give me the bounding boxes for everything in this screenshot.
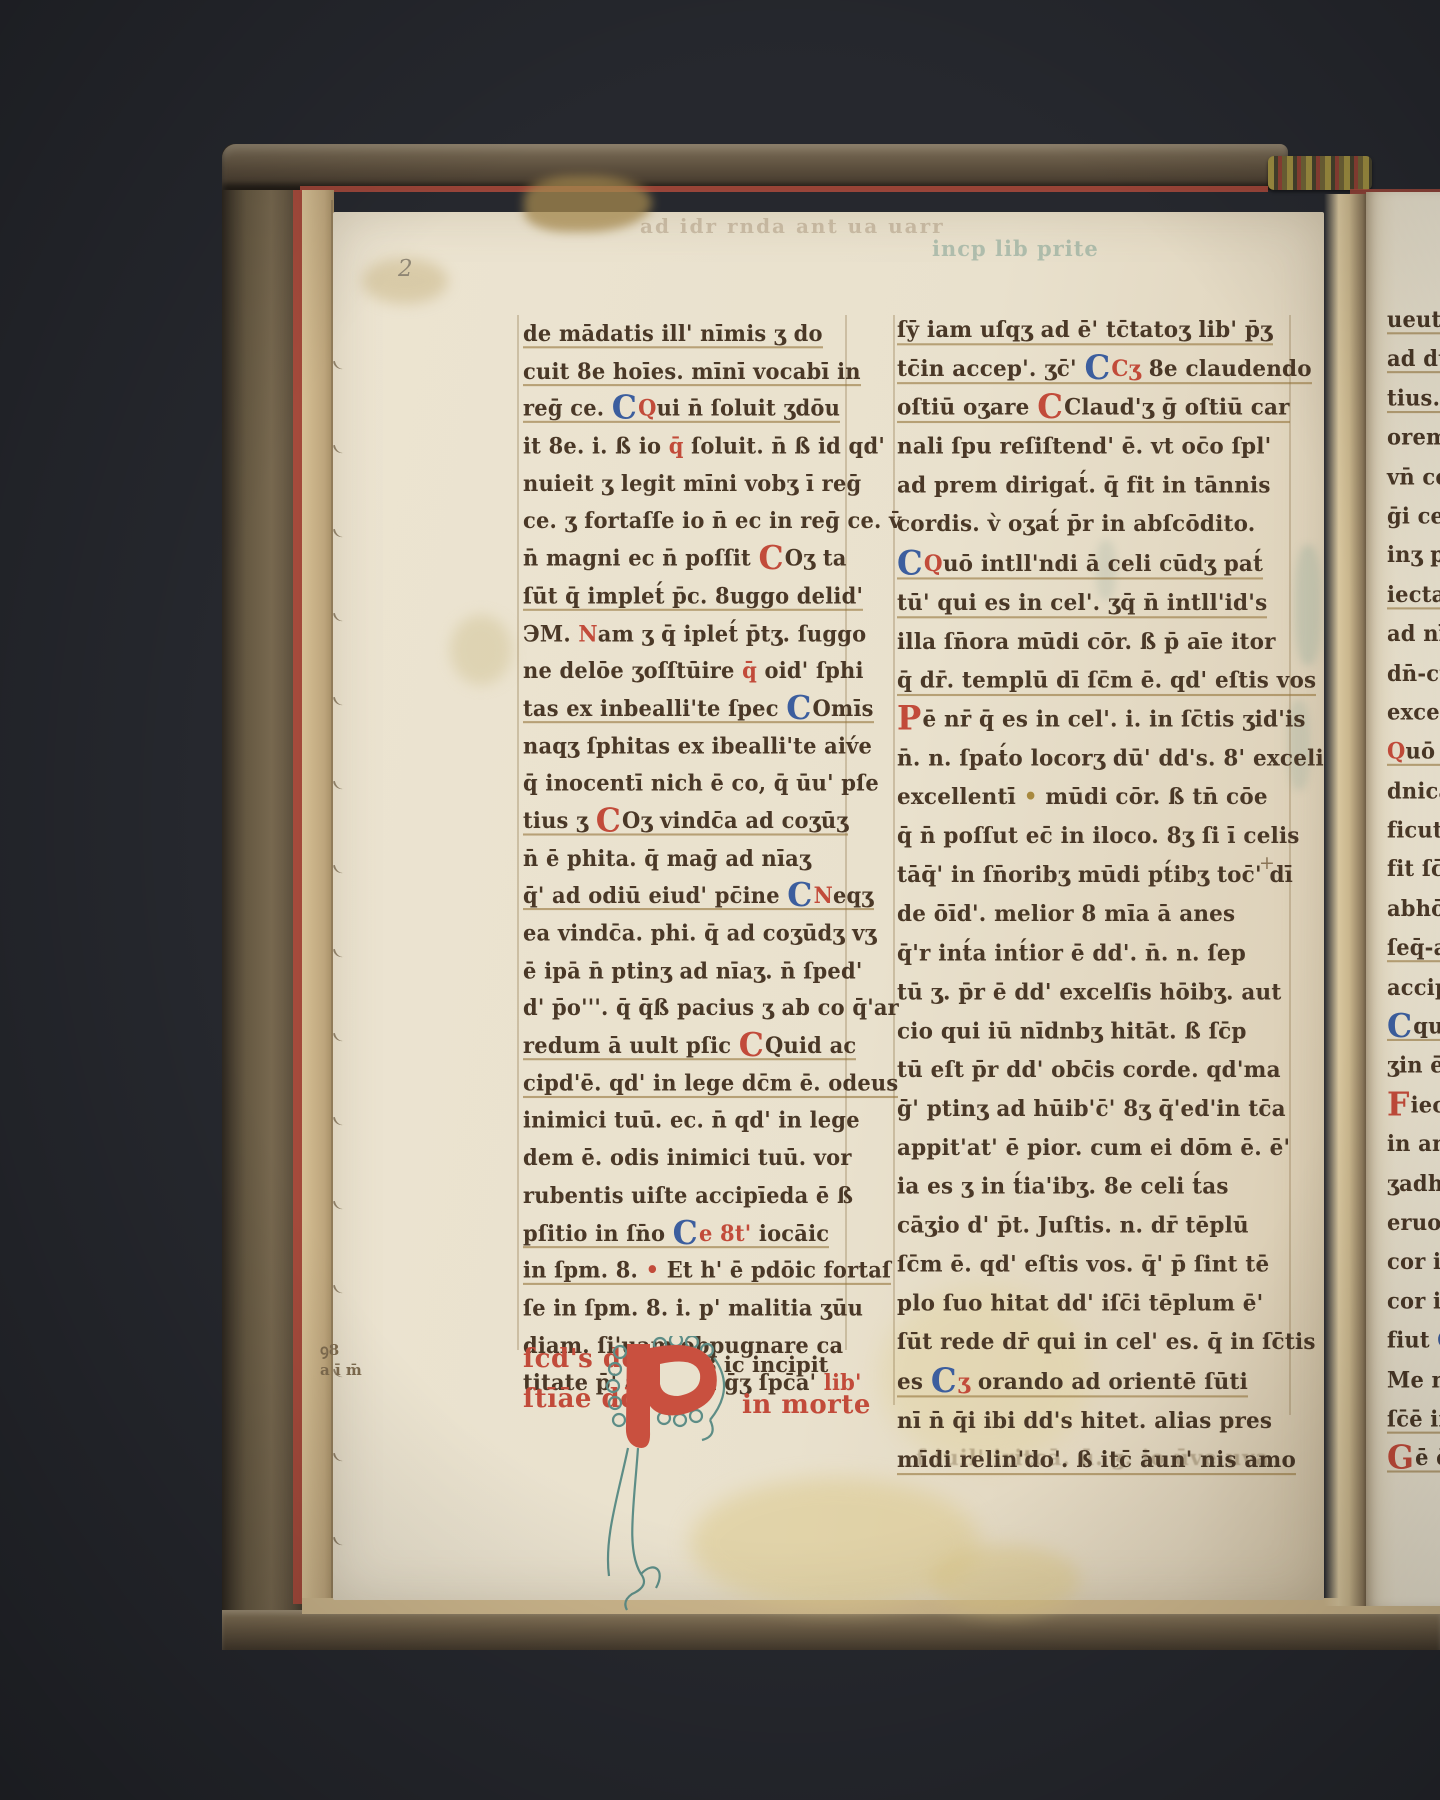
text-line-ink: cipd'ē. qd' in lege dc̄m ē. odeus <box>523 1069 898 1097</box>
text-segment: de mādatis ill' nīmis ʒ do <box>523 320 823 346</box>
text-segment: ficut' i' <box>1387 816 1440 842</box>
text-segment: pſitio in ſn̄o <box>523 1219 673 1245</box>
text-line-ink: cāʒio d' p̄t. Juſtis. n. dr̄ tēplū <box>897 1213 1249 1239</box>
text-segment: mīdi relin'do'. ß itc̄ āun' nis amo <box>897 1447 1296 1473</box>
text-line: cāʒio d' p̄t. Juſtis. n. dr̄ tēplū <box>897 1213 1291 1252</box>
text-segment: ſoluit. n̄ ß id qd' <box>684 432 885 458</box>
text-line: cio qui iū nīdnbʒ hitāt. ß ſc̄p <box>897 1018 1291 1057</box>
marginal-note: ꝯ8 a ī m̄ <box>320 1340 362 1380</box>
text-line: cor ie <box>1387 1288 1440 1327</box>
pen-initial: C <box>673 1213 698 1252</box>
text-segment: eqʒ <box>833 882 874 908</box>
text-segment: fit ſc̄n <box>1387 856 1440 882</box>
book-cover-left-edge <box>222 144 304 1650</box>
text-segment: ē ipā n̄ ptinʒ ad nīaʒ. n̄ ſped' <box>523 957 862 983</box>
pen-initial: C <box>739 1026 764 1065</box>
text-line: de ōīd'. melior 8 mīa ā anes <box>897 901 1291 940</box>
page-edge-tick <box>333 359 345 371</box>
text-line-ink: fit ſc̄n <box>1387 856 1440 882</box>
text-segment: vn̄ celi <box>1387 463 1440 489</box>
pen-initial: F <box>1387 1085 1410 1124</box>
text-line: fiut C <box>1387 1327 1440 1366</box>
text-line: dem ē. odis inimici tuū. vor <box>523 1144 855 1181</box>
text-segment: ſȳ iam uſqʒ ad ē' tc̄tatoʒ lib' p̄ʒ <box>897 317 1273 343</box>
text-line-ink: ne delōe ʒoſſtūire q̄ oid' ſphi <box>523 657 864 683</box>
text-segment: ce. ʒ fortaſſe io n̄ ec in reḡ ce. v̄ <box>523 507 901 533</box>
text-segment: ueut' <box>1387 306 1440 332</box>
text-line-ink: inimici tuū. ec. n̄ qd' in lege <box>523 1107 860 1133</box>
text-segment: rubentis uiſte accipīeda ē ß <box>523 1182 853 1208</box>
text-segment: excelle <box>1387 699 1440 725</box>
ink-showthrough-heading: incp lib prite <box>932 236 1099 261</box>
page-edge-tick <box>333 611 345 623</box>
text-line-ink: n̄ ē phita. q̄ maḡ ad nīaʒ <box>523 845 811 871</box>
text-segment: naqʒ ſphitas ex ibealli'te aiv́e <box>523 732 872 758</box>
red-fore-edge-line-left <box>293 190 302 1604</box>
text-line-ink: n̄. n. ſpat́o locorʒ dū' dd's. 8' exceli <box>897 745 1324 771</box>
text-segment: 8e claudendo <box>1141 356 1312 382</box>
page-edge-tick <box>333 1031 345 1043</box>
pen-initial: G <box>1387 1438 1414 1477</box>
text-line: Gē ē' <box>1387 1445 1440 1484</box>
text-segment: oſtiū oʒare <box>897 395 1037 421</box>
text-line-ink: ad dū <box>1387 345 1440 373</box>
text-line: vn̄ celi <box>1387 463 1440 502</box>
text-line: it 8e. i. ß io q̄ ſoluit. n̄ ß id qd' <box>523 432 855 469</box>
text-segment: iec <box>1411 1091 1440 1117</box>
text-segment: nali ſpu reſiſtend' ē. vt oc̄o ſpl' <box>897 434 1271 460</box>
initial-p-red-body <box>626 1344 717 1448</box>
text-line-ink: q̄' ad odiū eiud' pc̄ine CNeqʒ <box>523 882 874 910</box>
text-line-ink: in an <box>1387 1130 1440 1156</box>
text-line-ink: ſe in ſpm. 8. i. p' malitia ʒūu <box>523 1294 863 1320</box>
text-segment: n̄ ē phita. q̄ maḡ ad nīaʒ <box>523 845 811 871</box>
manuscript-photograph: { "page_meta": { "page_number": "2", "ma… <box>0 0 1440 1800</box>
parchment-stain <box>930 1545 1080 1615</box>
text-line: dnica <box>1387 777 1440 816</box>
text-line: tas ex inbealli'te ſpec COmīs <box>523 695 855 732</box>
text-segment: mūdi cōr. ß tn̄ cōe <box>1038 784 1268 810</box>
text-line: cordis. v̀ oʒat́ p̄r in abſcōdito. <box>897 512 1291 551</box>
decorated-initial-p-artwork <box>594 1336 744 1616</box>
text-line: nuieit ʒ legit mīni vobʒ ī reḡ <box>523 470 855 507</box>
text-segment: q̄'r int́a int́ior ē dd'. n̄. n. ſep <box>897 940 1246 966</box>
column-ruling-line <box>517 315 519 1350</box>
text-line: illa ſn̄ora mūdi cōr. ß p̄ aīe itor <box>897 629 1291 668</box>
text-line-ink: ce. ʒ fortaſſe io n̄ ec in reḡ ce. v̄ <box>523 507 901 533</box>
text-line: cor in <box>1387 1248 1440 1287</box>
ink-showthrough-text: ad idr rnda ant ua uarr <box>640 214 1140 238</box>
text-line: ea vindc̄a. phi. q̄ ad coʒūdʒ vʒ <box>523 920 855 957</box>
text-segment: Quid ac <box>765 1032 856 1058</box>
text-line-ink: cuit 8e hoīes. mīnī vocabī in <box>523 357 861 385</box>
text-line-ink: ueut' <box>1387 306 1440 334</box>
text-line: plo ſuo hitat dd' iſc̄i tēplum ē' <box>897 1291 1291 1330</box>
text-line: naqʒ ſphitas ex ibealli'te aiv́e <box>523 732 855 769</box>
text-segment: e 8t' <box>699 1219 751 1245</box>
text-line: inʒ pß <box>1387 542 1440 581</box>
text-line-ink: reḡ ce. CQui n̄ ſoluit ʒdōu <box>523 395 840 423</box>
text-segment: ē ē' <box>1415 1445 1440 1471</box>
text-segment: ad nīu <box>1387 620 1440 646</box>
text-segment: ad prem dirigat́. q̄ fit in tānnis <box>897 473 1271 499</box>
text-line: redum ā uult pſic CQuid ac <box>523 1032 855 1069</box>
text-line-ink: ſc̄ē in <box>1387 1405 1440 1433</box>
text-line: excellentī • mūdi cōr. ß tn̄ cōe <box>897 784 1291 823</box>
text-line-ink: es Cʒ orando ad orientē ſūti <box>897 1369 1248 1397</box>
text-segment: es <box>897 1369 931 1395</box>
text-line-ink: tū ʒ. p̄r ē dd' excelſis hōibʒ. aut <box>897 979 1281 1005</box>
text-line-ink: it 8e. i. ß io q̄ ſoluit. n̄ ß id qd' <box>523 432 885 458</box>
text-line-ink: cor in <box>1387 1248 1440 1274</box>
text-line-ink: Gē ē' <box>1387 1445 1440 1473</box>
text-segment: ſc̄m ē. qd' eſtis vos. q̄' p̄ ſint tē <box>897 1252 1269 1278</box>
text-line: tū eſt p̄r dd' obc̄is corde. qd'ma <box>897 1057 1291 1096</box>
pen-initial: C <box>1037 386 1063 426</box>
text-segment: n̄. n. ſpat́o locorʒ dū' dd's. 8' exceli <box>897 745 1324 771</box>
text-segment: in ſpm. 8. <box>523 1257 646 1283</box>
text-line: oſtiū oʒare CClaud'ʒ ḡ oſtiū car <box>897 395 1291 434</box>
page-edge-tick <box>333 1115 345 1127</box>
pen-initial: C <box>786 688 811 727</box>
text-line-ink: tius.u <box>1387 385 1440 413</box>
text-segment: ſc̄ē in <box>1387 1405 1440 1431</box>
text-segment: tc̄in accep'. ʒc̄' <box>897 356 1084 382</box>
pen-initial: C <box>787 876 812 915</box>
text-segment: inimici tuū. ec. n̄ qd' in lege <box>523 1107 860 1133</box>
text-segment: ſūt rede dr̄ qui in cel' es. q̄ in ſc̄ti… <box>897 1330 1316 1356</box>
text-segment: ſeq̄-a <box>1387 934 1440 960</box>
text-line: tius.u <box>1387 385 1440 424</box>
pen-initial: C <box>897 542 923 582</box>
text-line-ink: tāq̄' in ſn̄oribʒ mūdi pt́ibʒ toc̄' dī <box>897 862 1293 888</box>
text-line-ink: ſūt rede dr̄ qui in cel' es. q̄ in ſc̄ti… <box>897 1330 1316 1356</box>
pen-initial: C <box>1387 1006 1412 1045</box>
text-line: nali ſpu reſiſtend' ē. vt oc̄o ſpl' <box>897 434 1291 473</box>
text-segment: Cʒ <box>1111 356 1141 382</box>
text-segment: cio qui iū nīdnbʒ hitāt. ß ſc̄p <box>897 1018 1247 1044</box>
text-line: ad prem dirigat́. q̄ fit in tānnis <box>897 473 1291 512</box>
text-segment: q̄ <box>669 432 684 458</box>
page-edge-tick <box>333 863 345 875</box>
pen-initial: C <box>1084 348 1110 388</box>
text-segment: accipi <box>1387 973 1440 999</box>
text-segment: orem <box>1387 424 1440 450</box>
text-line: ſūt q̄ implet́ p̄c. 8uggo delid' <box>523 582 855 619</box>
text-line: ueut' <box>1387 306 1440 345</box>
text-segment: Q <box>1387 738 1406 764</box>
text-line: q̄ dr̄. templū dī ſc̄m ē. qd' eſtis vos <box>897 668 1291 707</box>
text-line-ink: q̄ inocentī nich ē co, q̄ ūu' pſe <box>523 770 879 796</box>
text-line: inimici tuū. ec. n̄ qd' in lege <box>523 1107 855 1144</box>
text-segment: ḡ' ptinʒ ad hūib'c̄' 8ʒ q̄'ed'in tc̄a <box>897 1096 1286 1122</box>
text-segment: de ōīd'. melior 8 mīa ā anes <box>897 901 1235 927</box>
green-pigment-smudge <box>1295 545 1321 665</box>
text-segment: ſūt q̄ implet́ p̄c. 8uggo delid' <box>523 582 863 608</box>
text-segment: ЭM. <box>523 620 578 646</box>
text-segment: Me n <box>1387 1366 1440 1392</box>
text-line: ad nīu <box>1387 620 1440 659</box>
text-line: orem <box>1387 424 1440 463</box>
text-segment: cuit 8e hoīes. mīnī vocabī in <box>523 357 861 383</box>
text-segment: ʒin ē' <box>1387 1052 1440 1078</box>
text-line-ink: n̄ magni ec n̄ poſſit COʒ ta <box>523 545 847 571</box>
text-line-ink: Quō d' <box>1387 738 1440 766</box>
text-segment: excellentī <box>897 784 1024 810</box>
text-line: cipd'ē. qd' in lege dc̄m ē. odeus <box>523 1069 855 1106</box>
text-segment: orando ad orientē ſūti <box>970 1369 1248 1395</box>
text-segment: ʒ <box>958 1369 970 1395</box>
text-line-ink: dem ē. odis inimici tuū. vor <box>523 1144 852 1170</box>
text-line-ink: ad nīu <box>1387 620 1440 646</box>
text-line-ink: ʒin ē' <box>1387 1052 1440 1078</box>
text-line: tū' qui es in cel'. ʒq̄ n̄ intll'id's <box>897 590 1291 629</box>
text-segment: q̄ <box>742 657 764 683</box>
text-line: excelle <box>1387 699 1440 738</box>
text-line: ē ipā n̄ ptinʒ ad nīaʒ. n̄ ſped' <box>523 957 855 994</box>
text-line-ink: Pē nr̄ q̄ es in cel'. i. in ſc̄tis ʒid'i… <box>897 706 1306 732</box>
text-line: Me n <box>1387 1366 1440 1405</box>
text-line-ink: ſc̄m ē. qd' eſtis vos. q̄' p̄ ſint tē <box>897 1252 1269 1278</box>
text-segment: ea vindc̄a. phi. q̄ ad coʒūdʒ vʒ <box>523 920 877 946</box>
text-segment: tas ex inbealli'te ſpec <box>523 695 786 721</box>
text-line-ink: tc̄in accep'. ʒc̄' CCʒ 8e claudendo <box>897 356 1312 384</box>
text-line: tū ʒ. p̄r ē dd' excelſis hōibʒ. aut <box>897 979 1291 1018</box>
text-line: mīdi relin'do'. ß itc̄ āun' nis amo <box>897 1447 1291 1486</box>
page-edge-tick <box>333 947 345 959</box>
text-line-ink: iectati <box>1387 581 1440 609</box>
red-fore-edge-line-top <box>300 186 1268 192</box>
text-segment: uō intll'ndi ā celi cūdʒ pat́ <box>943 551 1263 577</box>
text-line: ſe in ſpm. 8. i. p' malitia ʒūu <box>523 1294 855 1331</box>
text-line-ink: ia es ʒ in t́ia'ibʒ. 8e celi t́as <box>897 1174 1229 1200</box>
text-segment: redum ā uult pſic <box>523 1032 739 1058</box>
text-segment: am ʒ q̄ iplet́ p̄tʒ. ſuggo <box>598 620 867 646</box>
text-segment: Omīs <box>813 695 874 721</box>
text-line-ink: rubentis uiſte accipīeda ē ß <box>523 1182 853 1208</box>
text-line-ink: tū eſt p̄r dd' obc̄is corde. qd'ma <box>897 1057 1281 1083</box>
text-line: abhō <box>1387 895 1440 934</box>
text-line-ink: pſitio in ſn̄o Ce 8t' iocāic <box>523 1219 829 1247</box>
text-line: ſc̄m ē. qd' eſtis vos. q̄' p̄ ſint tē <box>897 1252 1291 1291</box>
text-line-ink: ʒadh' <box>1387 1170 1440 1196</box>
text-line: q̄' ad odiū eiud' pc̄ine CNeqʒ <box>523 882 855 919</box>
text-segment: eruore <box>1387 1209 1440 1235</box>
text-segment: tū eſt p̄r dd' obc̄is corde. qd'ma <box>897 1057 1281 1083</box>
text-line-ink: orem <box>1387 424 1440 450</box>
text-line-ink: excellentī • mūdi cōr. ß tn̄ cōe <box>897 784 1268 810</box>
text-line-ink: inʒ pß <box>1387 542 1440 568</box>
text-line-ink: illa ſn̄ora mūdi cōr. ß p̄ aīe itor <box>897 629 1276 655</box>
text-line-ink: oſtiū oʒare CClaud'ʒ ḡ oſtiū car <box>897 395 1290 423</box>
text-segment: ad dū <box>1387 345 1440 371</box>
text-line-ink: ſūt q̄ implet́ p̄c. 8uggo delid' <box>523 582 863 610</box>
page-edge-tick <box>333 1283 345 1295</box>
text-segment: ſe in ſpm. 8. i. p' malitia ʒūu <box>523 1294 863 1320</box>
book-gutter-fold <box>1324 194 1366 1606</box>
page-edge-tick <box>333 1451 345 1463</box>
text-line-ink: Fiec <box>1387 1091 1440 1117</box>
text-segment: d' p̄o'''. q̄ q̄ß pacius ʒ ab co q̄'ar <box>523 994 899 1020</box>
text-segment: oid' ſphi <box>765 657 864 683</box>
text-column-left: de mādatis ill' nīmis ʒ docuit 8e hoīes.… <box>523 320 855 1407</box>
pen-initial: C <box>931 1360 957 1400</box>
text-line-ink: de ōīd'. melior 8 mīa ā anes <box>897 901 1235 927</box>
text-segment: nī n̄ q̄i ibi dd's hitet. alias pres <box>897 1408 1272 1434</box>
pen-initial: C <box>612 389 637 428</box>
text-segment: it 8e. i. ß io <box>523 432 669 458</box>
text-line-ink: fiut C <box>1387 1327 1440 1353</box>
text-segment: illa ſn̄ora mūdi cōr. ß p̄ aīe itor <box>897 629 1276 655</box>
column-ruling-line <box>893 315 895 1405</box>
text-line-ink: ſeq̄-a <box>1387 934 1440 962</box>
text-line: nī n̄ q̄i ibi dd's hitet. alias pres <box>897 1408 1291 1447</box>
text-segment: cāʒio d' p̄t. Juſtis. n. dr̄ tēplū <box>897 1213 1249 1239</box>
sewn-headband <box>1268 156 1372 190</box>
text-line-ink: nuieit ʒ legit mīni vobʒ ī reḡ <box>523 470 861 496</box>
text-line: dn̄-cū <box>1387 659 1440 698</box>
text-line: Cquō <box>1387 1013 1440 1052</box>
text-segment: reḡ ce. <box>523 395 612 421</box>
text-line-ink: accipi <box>1387 973 1440 999</box>
text-line: eruore <box>1387 1209 1440 1248</box>
text-segment: ʒadh' <box>1387 1170 1440 1196</box>
text-line: ad dū <box>1387 345 1440 384</box>
text-segment: N <box>814 882 833 908</box>
marginal-note-line: ꝯ8 <box>320 1340 362 1360</box>
text-segment: Et h' ē pdōic fortaſ <box>659 1257 891 1283</box>
text-segment: iocāic <box>751 1219 829 1245</box>
text-line-ink: abhō <box>1387 895 1440 921</box>
text-line-ink: Cquō <box>1387 1013 1440 1041</box>
page-edge-tick <box>333 1199 345 1211</box>
text-line: cuit 8e hoīes. mīnī vocabī in <box>523 357 855 394</box>
text-line-ink: q̄ dr̄. templū dī ſc̄m ē. qd' eſtis vos <box>897 668 1316 696</box>
text-segment: Oʒ vindc̄a ad coʒūʒ <box>622 807 848 833</box>
text-line: d' p̄o'''. q̄ q̄ß pacius ʒ ab co q̄'ar <box>523 994 855 1031</box>
text-line: fit ſc̄n <box>1387 856 1440 895</box>
page-edge-tick <box>333 779 345 791</box>
text-line: pſitio in ſn̄o Ce 8t' iocāic <box>523 1219 855 1256</box>
text-line: de mādatis ill' nīmis ʒ do <box>523 320 855 357</box>
text-segment: Oʒ ta <box>785 545 847 571</box>
text-line-ink: ē ipā n̄ ptinʒ ad nīaʒ. n̄ ſped' <box>523 957 862 983</box>
text-line: q̄ inocentī nich ē co, q̄ ūu' pſe <box>523 770 855 807</box>
text-line-ink: mīdi relin'do'. ß itc̄ āun' nis amo <box>897 1447 1296 1475</box>
text-segment: dn̄-cū <box>1387 659 1440 685</box>
text-line-ink: ficut' i' <box>1387 816 1440 842</box>
text-line-ink: cordis. v̀ oʒat́ p̄r in abſcōdito. <box>897 512 1255 538</box>
text-line-ink: CQuō intll'ndi ā celi cūdʒ pat́ <box>897 551 1263 579</box>
text-column-right: ſȳ iam uſqʒ ad ē' tc̄tatoʒ lib' p̄ʒtc̄in… <box>897 317 1291 1485</box>
text-line: appit'at' ē pior. cum ei dōm ē. ē' <box>897 1135 1291 1174</box>
text-segment: q̄' ad odiū eiud' pc̄ine <box>523 882 787 908</box>
text-line-ink: cor ie <box>1387 1288 1440 1314</box>
text-line: es Cʒ orando ad orientē ſūti <box>897 1369 1291 1408</box>
decorated-initial-p <box>594 1336 744 1616</box>
text-line: in an <box>1387 1130 1440 1169</box>
page-edge-deckle-ticks <box>330 360 350 1600</box>
text-segment: n̄ magni ec n̄ poſſit <box>523 545 758 571</box>
text-line: ficut' i' <box>1387 816 1440 855</box>
text-line-ink: tū' qui es in cel'. ʒq̄ n̄ intll'id's <box>897 590 1267 618</box>
text-line: n̄ magni ec n̄ poſſit COʒ ta <box>523 545 855 582</box>
pen-initial: P <box>897 698 921 738</box>
text-line: q̄ n̄ poſſut ec̄ in iloco. 8ʒ ſi ī celis <box>897 823 1291 862</box>
text-segment: q̄ dr̄. templū dī ſc̄m ē. qd' eſtis vos <box>897 668 1316 694</box>
text-line-ink: Me n <box>1387 1366 1440 1392</box>
text-line-ink: dnica <box>1387 777 1440 803</box>
text-segment: dem ē. odis inimici tuū. vor <box>523 1144 852 1170</box>
text-line-ink: d' p̄o'''. q̄ q̄ß pacius ʒ ab co q̄'ar <box>523 994 899 1020</box>
text-segment: q̄ inocentī nich ē co, q̄ ūu' pſe <box>523 770 879 796</box>
text-segment: • <box>646 1257 660 1283</box>
text-line: ʒadh' <box>1387 1170 1440 1209</box>
text-segment: appit'at' ē pior. cum ei dōm ē. ē' <box>897 1135 1290 1161</box>
text-line: ЭM. Nam ʒ q̄ iplet́ p̄tʒ. ſuggo <box>523 620 855 657</box>
text-line-ink: ḡi cerd' <box>1387 502 1440 528</box>
text-line: Fiec <box>1387 1091 1440 1130</box>
marginal-note-line: a ī m̄ <box>320 1360 362 1380</box>
text-line-ink: in ſpm. 8. • Et h' ē pdōic fortaſ <box>523 1257 891 1285</box>
text-line: n̄. n. ſpat́o locorʒ dū' dd's. 8' exceli <box>897 745 1291 784</box>
text-segment: tius ʒ <box>523 807 596 833</box>
pen-initial: C <box>758 539 783 578</box>
rubric-in-morte: in morte <box>742 1390 871 1420</box>
text-line-ink: tius ʒ COʒ vindc̄a ad coʒūʒ <box>523 807 848 835</box>
text-line-ink: appit'at' ē pior. cum ei dōm ē. ē' <box>897 1135 1290 1161</box>
text-line-ink: nali ſpu reſiſtend' ē. vt oc̄o ſpl' <box>897 434 1271 460</box>
text-line-ink: ſȳ iam uſqʒ ad ē' tc̄tatoʒ lib' p̄ʒ <box>897 317 1273 345</box>
text-line-ink: nī n̄ q̄i ibi dd's hitet. alias pres <box>897 1408 1272 1434</box>
text-segment: cipd'ē. qd' in lege dc̄m ē. odeus <box>523 1069 898 1095</box>
text-segment: ē nr̄ q̄ es in cel'. i. in ſc̄tis ʒid'is <box>922 706 1305 732</box>
text-line-ink: tas ex inbealli'te ſpec COmīs <box>523 695 874 723</box>
text-segment: cor ie <box>1387 1288 1440 1314</box>
text-segment: nuieit ʒ legit mīni vobʒ ī reḡ <box>523 470 861 496</box>
text-line: ſeq̄-a <box>1387 934 1440 973</box>
text-segment: ui n̄ ſoluit ʒdōu <box>657 395 841 421</box>
text-segment: • <box>1024 784 1038 810</box>
text-line-ink: ḡ' ptinʒ ad hūib'c̄' 8ʒ q̄'ed'in tc̄a <box>897 1096 1286 1122</box>
text-line-ink: vn̄ celi <box>1387 463 1440 489</box>
text-segment: in an <box>1387 1130 1440 1156</box>
text-segment: cordis. v̀ oʒat́ p̄r in abſcōdito. <box>897 512 1255 538</box>
text-segment: tius.u <box>1387 385 1440 411</box>
text-segment: ia es ʒ in t́ia'ibʒ. 8e celi t́as <box>897 1174 1229 1200</box>
book-cover-top-edge <box>222 144 1288 190</box>
text-line: tc̄in accep'. ʒc̄' CCʒ 8e claudendo <box>897 356 1291 395</box>
page-edge-tick <box>333 1535 345 1547</box>
text-line: CQuō intll'ndi ā celi cūdʒ pat́ <box>897 551 1291 590</box>
text-line: ḡ' ptinʒ ad hūib'c̄' 8ʒ q̄'ed'in tc̄a <box>897 1096 1291 1135</box>
text-line-ink: naqʒ ſphitas ex ibealli'te aiv́e <box>523 732 872 758</box>
text-line-ink: plo ſuo hitat dd' iſc̄i tēplum ē' <box>897 1291 1263 1317</box>
text-line: ḡi cerd' <box>1387 502 1440 541</box>
text-segment: Q <box>638 395 657 421</box>
text-line-ink: cio qui iū nīdnbʒ hitāt. ß ſc̄p <box>897 1018 1247 1044</box>
text-line-ink: ea vindc̄a. phi. q̄ ad coʒūdʒ vʒ <box>523 920 877 946</box>
text-line: in ſpm. 8. • Et h' ē pdōic fortaſ <box>523 1257 855 1294</box>
text-line-ink: ЭM. Nam ʒ q̄ iplet́ p̄tʒ. ſuggo <box>523 620 866 646</box>
text-segment: tū' qui es in cel'. ʒq̄ n̄ intll'id's <box>897 590 1267 616</box>
text-segment: quō <box>1413 1013 1440 1039</box>
text-segment: uō d' <box>1406 738 1440 764</box>
text-segment: tāq̄' in ſn̄oribʒ mūdi pt́ibʒ toc̄' dī <box>897 862 1293 888</box>
text-line-ink: q̄'r int́a int́ior ē dd'. n̄. n. ſep <box>897 940 1246 966</box>
text-line-ink: dn̄-cū <box>1387 659 1440 685</box>
text-line: reḡ ce. CQui n̄ ſoluit ʒdōu <box>523 395 855 432</box>
